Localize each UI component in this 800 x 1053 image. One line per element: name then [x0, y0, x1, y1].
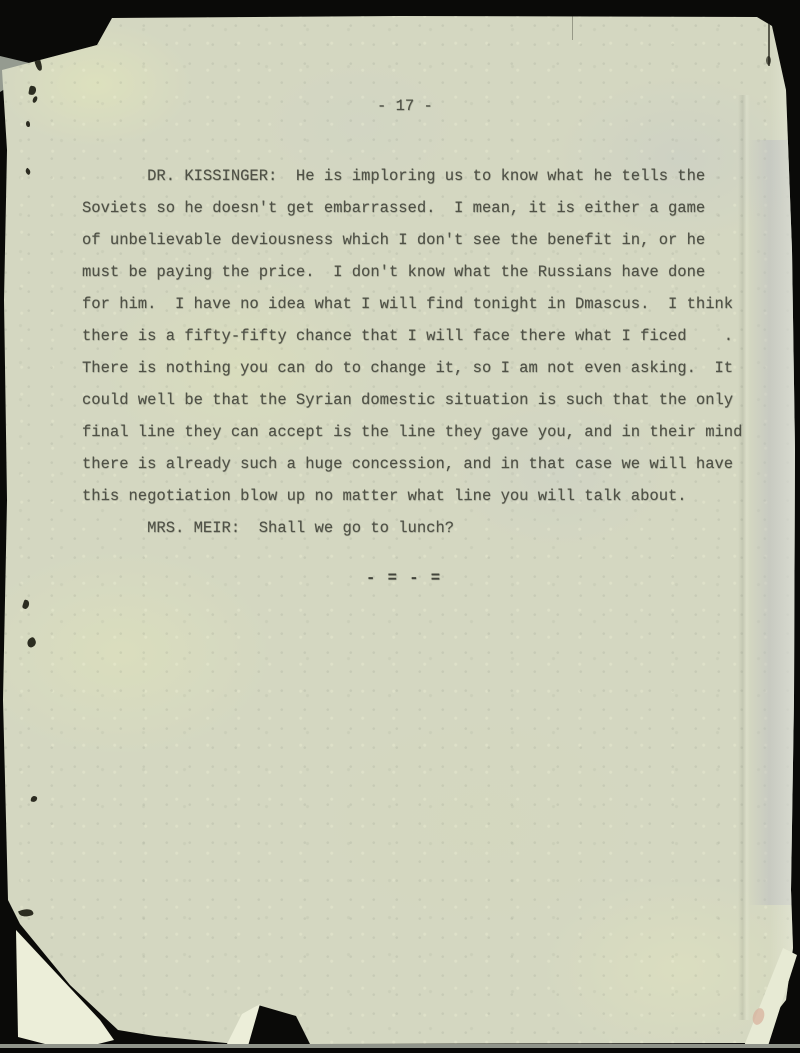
- transcript-line: must be paying the price. I don't know w…: [82, 256, 742, 288]
- transcript-line: there is already such a huge concession,…: [82, 448, 742, 480]
- transcript-line: could well be that the Syrian domestic s…: [82, 384, 742, 416]
- transcript-line: this negotiation blow up no matter what …: [82, 480, 742, 512]
- scan-hairline: [572, 14, 573, 40]
- scan-speck: [766, 56, 771, 65]
- transcript-body: DR. KISSINGER: He is imploring us to kno…: [82, 160, 742, 544]
- transcript-line: for him. I have no idea what I will find…: [82, 288, 742, 320]
- page-number: - 17 -: [377, 96, 433, 116]
- transcript-line: DR. KISSINGER: He is imploring us to kno…: [82, 160, 742, 192]
- transcript-line: final line they can accept is the line t…: [82, 416, 742, 448]
- scan-bottom-band: [0, 1048, 800, 1053]
- scanned-document: - 17 - DR. KISSINGER: He is imploring us…: [0, 0, 800, 1053]
- margin-mark: [26, 121, 30, 127]
- transcript-line: There is nothing you can do to change it…: [82, 352, 742, 384]
- paper-sheet: - 17 - DR. KISSINGER: He is imploring us…: [0, 0, 800, 1053]
- transcript-line: of unbelievable deviousness which I don'…: [82, 224, 742, 256]
- right-edge-highlight: [770, 18, 798, 1008]
- separator-dashes: - = - =: [366, 570, 442, 586]
- transcript-line: Soviets so he doesn't get embarrassed. I…: [82, 192, 742, 224]
- transcript-line: there is a fifty-fifty chance that I wil…: [82, 320, 742, 352]
- transcript-line: MRS. MEIR: Shall we go to lunch?: [82, 512, 742, 544]
